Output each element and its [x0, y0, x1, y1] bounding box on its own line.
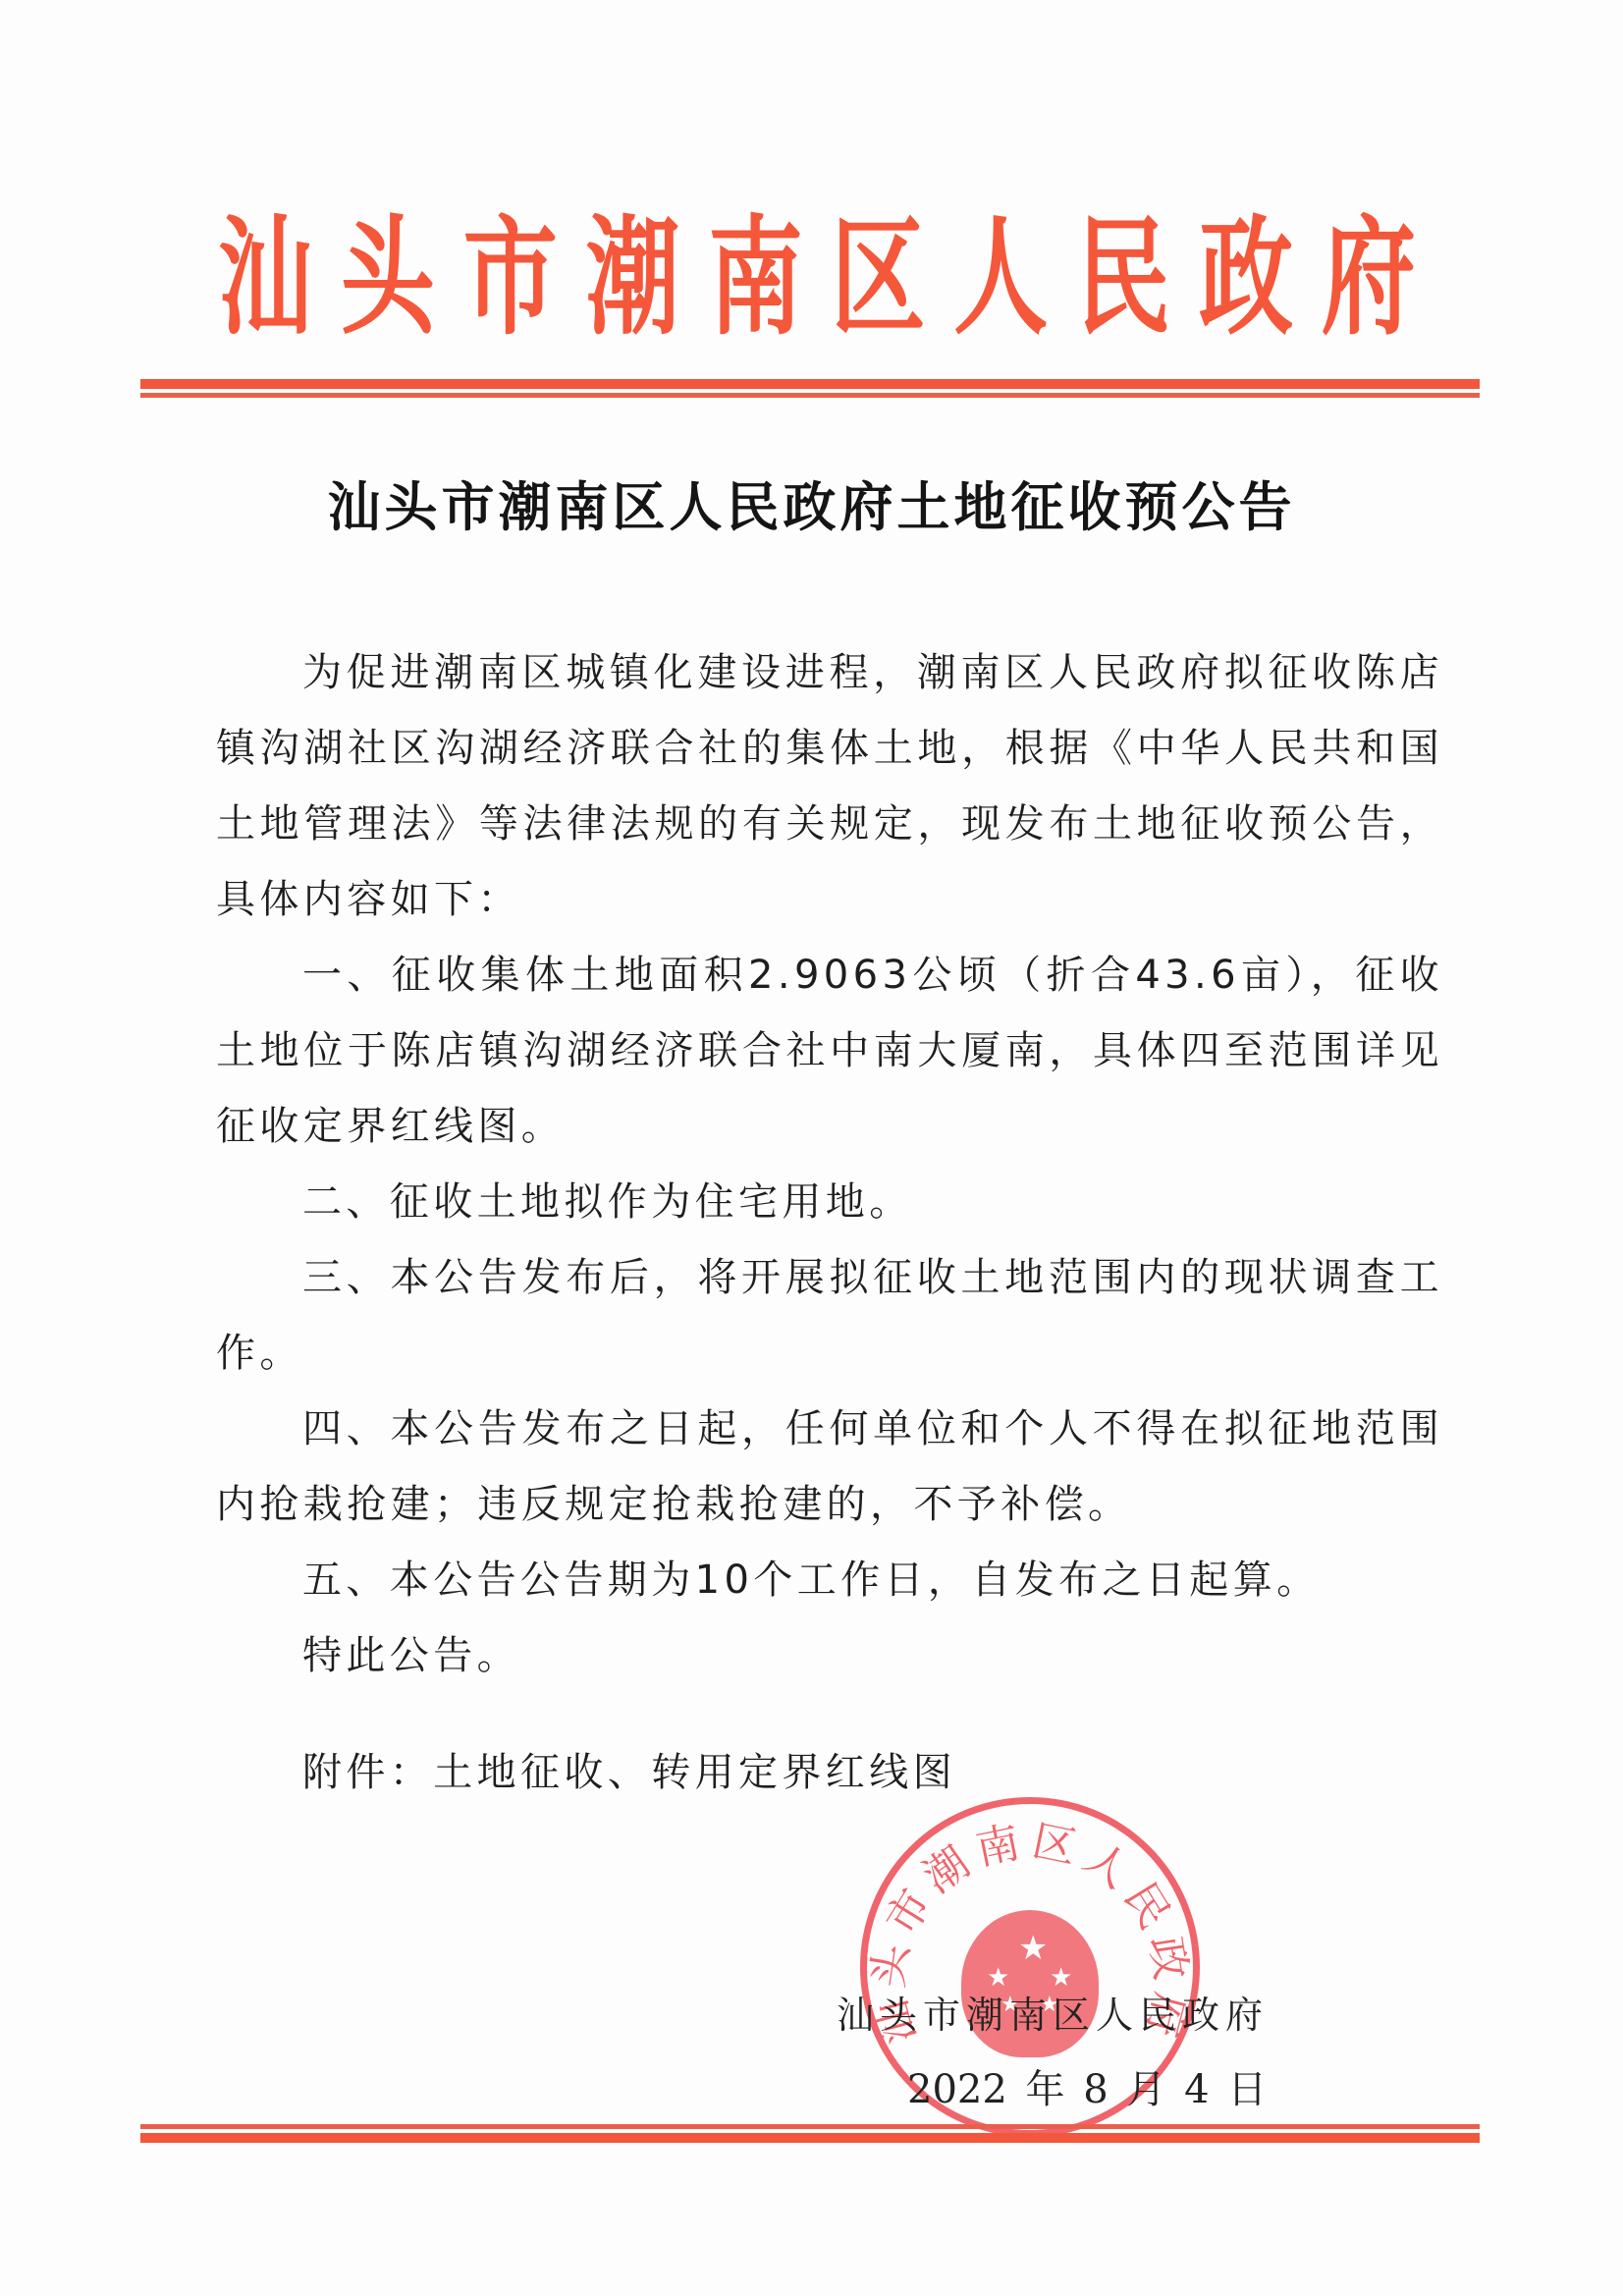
star-icon: ★: [1050, 1965, 1072, 1991]
paragraph-item-4: 四、本公告发布之日起，任何单位和个人不得在拟征地范围内抢栽抢建；违反规定抢栽抢建…: [216, 1392, 1443, 1543]
paragraph-item-2: 二、征收土地拟作为住宅用地。: [216, 1165, 1443, 1240]
masthead-char: 头: [341, 214, 425, 343]
paragraph-intro: 为促进潮南区城镇化建设进程，潮南区人民政府拟征收陈店镇沟湖社区沟湖经济联合社的集…: [216, 635, 1443, 938]
paragraph-item-1: 一、征收集体土地面积2.9063公顷（折合43.6亩），征收土地位于陈店镇沟湖经…: [216, 938, 1443, 1165]
masthead-char: 汕: [218, 214, 302, 343]
masthead-char: 府: [1322, 214, 1406, 343]
paragraph-closing: 特此公告。: [216, 1618, 1443, 1694]
divider-thin-line: [140, 393, 1480, 398]
masthead-char: 市: [463, 214, 548, 343]
masthead-char: 民: [1076, 214, 1161, 343]
paragraph-item-5: 五、本公告公告期为10个工作日，自发布之日起算。: [216, 1543, 1443, 1618]
document-title: 汕头市潮南区人民政府土地征收预公告: [0, 475, 1623, 538]
masthead: 汕 头 市 潮 南 区 人 民 政 府: [218, 204, 1406, 352]
document-page: 汕 头 市 潮 南 区 人 民 政 府 汕头市潮南区人民政府土地征收预公告 为促…: [0, 0, 1623, 2296]
divider-thin-line: [140, 2124, 1480, 2129]
star-icon: ★: [1018, 1932, 1048, 1965]
issue-date: 2022 年 8 月 4 日: [907, 2065, 1267, 2114]
footer-divider: [140, 2122, 1480, 2146]
issuer-signature: 汕头市潮南区人民政府: [837, 1992, 1278, 2039]
masthead-divider: [140, 379, 1480, 401]
masthead-char: 人: [953, 214, 1038, 343]
masthead-char: 区: [831, 214, 915, 343]
document-body: 为促进潮南区城镇化建设进程，潮南区人民政府拟征收陈店镇沟湖社区沟湖经济联合社的集…: [216, 635, 1443, 1694]
attachment-note: 附件：土地征收、转用定界红线图: [302, 1743, 956, 1802]
divider-thick-line: [140, 379, 1480, 389]
masthead-char: 南: [709, 214, 793, 343]
paragraph-item-3: 三、本公告发布后，将开展拟征收土地范围内的现状调查工作。: [216, 1240, 1443, 1392]
masthead-char: 政: [1199, 214, 1283, 343]
star-icon: ★: [987, 1965, 1009, 1991]
divider-thick-line: [140, 2133, 1480, 2143]
masthead-char: 潮: [586, 214, 671, 343]
